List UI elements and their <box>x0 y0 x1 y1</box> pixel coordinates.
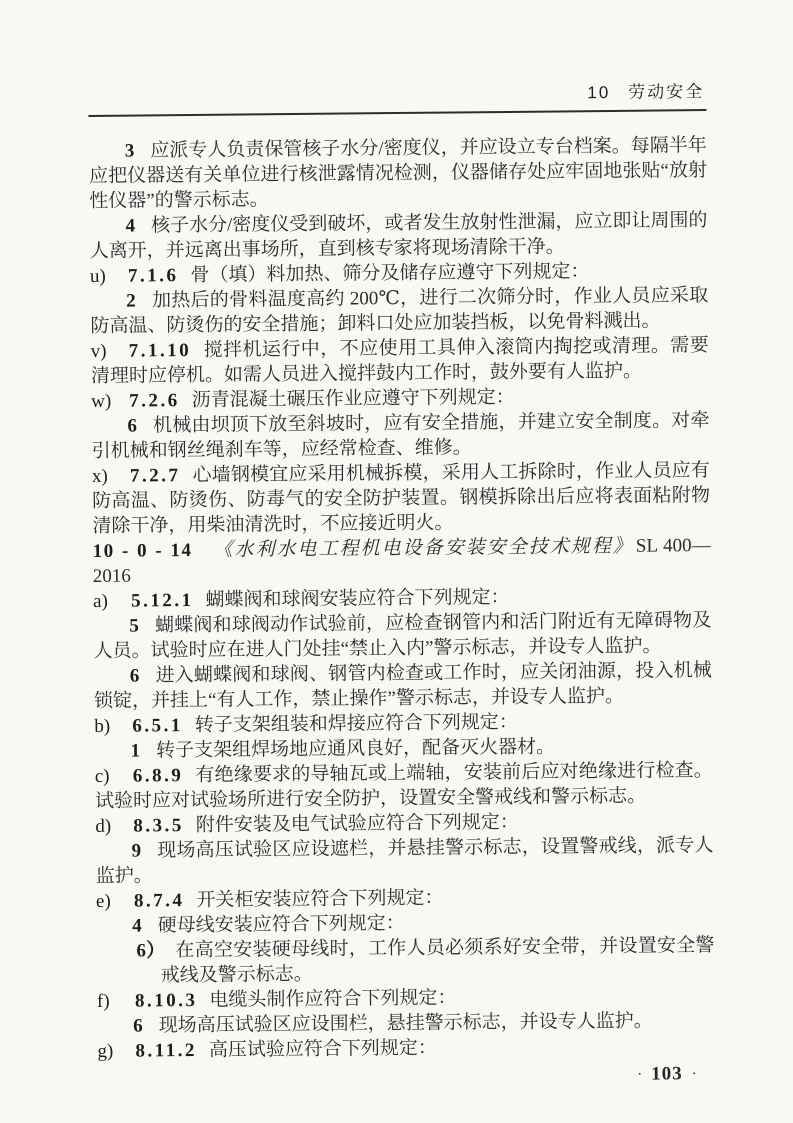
sub-item-number: 6） <box>136 940 165 961</box>
item-number: 6 <box>133 1016 143 1037</box>
page-footer: ·103· <box>98 1063 716 1091</box>
entry-heading: 10 - 0 - 14《水利水电工程机电设备安装安全技术规程》SL 400—20… <box>93 533 711 589</box>
sub-clause-item: 6）在高空安装硬母线时，工作人员必须系好安全带，并设置安全警戒线及警示标志。 <box>96 933 714 989</box>
item-number: 6 <box>130 666 140 687</box>
item-text: 转子支架组焊场地应通风良好，配备灭火器材。 <box>156 737 555 762</box>
item-text: 机械由坝顶下放至斜坡时，应有安全措施，并建立安全制度。对牵引机械和钢丝绳刹车等，… <box>92 410 710 462</box>
clause-letter: w) <box>91 389 129 414</box>
clause-text: 附件安装及电气试验应符合下列规定： <box>196 812 519 836</box>
item-text: 进入蝴蝶阀和球阀、钢管内检查或工作时，应关闭油源，投入机械锁锭，并挂上“有人工作… <box>94 660 712 712</box>
item-number: 4 <box>132 916 142 937</box>
clause-letter: f) <box>97 989 135 1014</box>
clause-letter: u) <box>90 264 128 289</box>
clause-letter: c) <box>95 764 133 789</box>
section-number: 6.5.1 <box>132 715 183 736</box>
numbered-item: 3应派专人负责保管核子水分/密度仪，并应设立专台档案。每隔半年应把仪器送有关单位… <box>89 133 708 214</box>
clause-text: 转子支架组装和焊接应符合下列规定： <box>195 712 518 736</box>
item-text: 现场高压试验区应设围栏，悬挂警示标志，并设专人监护。 <box>159 1011 653 1037</box>
chapter-title: 劳动安全 <box>628 77 704 103</box>
section-number: 7.1.6 <box>128 265 179 286</box>
page-content: 10 劳动安全 3应派专人负责保管核子水分/密度仪，并应设立专台档案。每隔半年应… <box>88 77 716 1091</box>
numbered-item: 9现场高压试验区应设遮栏，并悬挂警示标志，设置警戒线，派专人监护。 <box>95 833 713 889</box>
section-number: 7.2.6 <box>129 390 180 411</box>
item-text: 核子水分/密度仪受到破坏，或者发生放射性泄漏，应立即让周围的人离开，并远离出事场… <box>90 210 708 262</box>
clause-item: v)7.1.10搅拌机运行中，不应使用工具伸入滚筒内掏挖或清理。需要清理时应停机… <box>91 333 709 389</box>
clause-text: 有绝缘要求的导轴瓦或上端轴，安装前后应对绝缘进行检查。试验时应对试验场所进行安全… <box>95 760 713 812</box>
clause-text: 心墙钢模宜应采用机械拆模，采用人工拆除时，作业人员应有防高温、防烫伤、防毒气的安… <box>92 460 710 537</box>
page-number-left-dot: · <box>637 1067 642 1083</box>
item-number: 2 <box>126 291 136 312</box>
item-text: 现场高压试验区应设遮栏，并悬挂警示标志，设置警戒线，派专人监护。 <box>96 835 714 887</box>
clause-letter: b) <box>94 714 132 739</box>
clause-letter: v) <box>91 339 129 364</box>
clause-text: 骨（填）料加热、筛分及储存应遵守下列规定： <box>190 261 589 286</box>
clause-text: 蝴蝶阀和球阀安装应符合下列规定： <box>206 587 510 611</box>
section-number: 7.2.7 <box>130 465 181 486</box>
clause-text: 高压试验应符合下列规定： <box>209 1038 437 1061</box>
entry-id: 10 - 0 - 14 <box>93 540 193 562</box>
numbered-item: 2加热后的骨料温度高约 200℃，进行二次筛分时，作业人员应采取防高温、防烫伤的… <box>90 283 708 339</box>
clause-text: 电缆头制作应符合下列规定： <box>209 987 456 1010</box>
clause-letter: d) <box>95 814 133 839</box>
clause-letter: g) <box>97 1039 135 1064</box>
clause-letter: a) <box>93 589 131 614</box>
clause-item: x)7.2.7心墙钢模宜应采用机械拆模，采用人工拆除时，作业人员应有防高温、防烫… <box>92 458 711 539</box>
clause-text: 沥青混凝土碾压作业应遵守下列规定： <box>192 387 515 411</box>
section-number: 8.10.3 <box>135 990 198 1012</box>
numbered-item: 5蝴蝶阀和球阀动作试验前，应检查钢管内和活门附近有无障碍物及人员。试验时应在进人… <box>93 608 711 664</box>
item-text: 加热后的骨料温度高约 200℃，进行二次筛分时，作业人员应采取防高温、防烫伤的安… <box>90 285 708 337</box>
standard-title: 《水利水电工程机电设备安装安全技术规程》 <box>212 536 634 561</box>
clause-text: 开关柜安装应符合下列规定： <box>196 888 443 911</box>
clause-item: g)8.11.2高压试验应符合下列规定： <box>97 1033 715 1064</box>
item-text: 蝴蝶阀和球阀动作试验前，应检查钢管内和活门附近有无障碍物及人员。试验时应在进人门… <box>94 610 712 662</box>
numbered-item: 6进入蝴蝶阀和球阀、钢管内检查或工作时，应关闭油源，投入机械锁锭，并挂上“有人工… <box>94 658 712 714</box>
section-number: 8.3.5 <box>133 815 184 836</box>
section-number: 5.12.1 <box>131 590 194 612</box>
item-number: 9 <box>131 841 141 862</box>
clause-item: c)6.8.9有绝缘要求的导轴瓦或上端轴，安装前后应对绝缘进行检查。试验时应对试… <box>95 758 713 814</box>
numbered-item: 6机械由坝顶下放至斜坡时，应有安全措施，并建立安全制度。对牵引机械和钢丝绳刹车等… <box>91 408 709 464</box>
item-text: 应派专人负责保管核子水分/密度仪，并应设立专台档案。每隔半年应把仪器送有关单位进… <box>89 135 707 212</box>
clause-letter: x) <box>92 464 130 489</box>
numbered-item: 4核子水分/密度仪受到破坏，或者发生放射性泄漏，应立即让周围的人离开，并远离出事… <box>89 208 707 264</box>
page-number: 103 <box>651 1063 683 1084</box>
section-number: 6.8.9 <box>133 765 184 786</box>
document-body: 3应派专人负责保管核子水分/密度仪，并应设立专台档案。每隔半年应把仪器送有关单位… <box>89 133 716 1064</box>
item-text: 硬母线安装应符合下列规定： <box>158 913 405 936</box>
section-number: 8.11.2 <box>135 1040 197 1062</box>
item-number: 4 <box>125 216 135 237</box>
chapter-number: 10 <box>587 83 610 103</box>
section-number: 8.7.4 <box>134 890 185 911</box>
document-page: 10 劳动安全 3应派专人负责保管核子水分/密度仪，并应设立专台档案。每隔半年应… <box>0 0 793 1123</box>
page-number-right-dot: · <box>692 1066 697 1082</box>
clause-letter: e) <box>96 889 134 914</box>
item-number: 6 <box>127 416 137 437</box>
item-number: 1 <box>130 741 140 762</box>
item-number: 3 <box>125 141 135 162</box>
item-number: 5 <box>129 616 139 637</box>
section-number: 7.1.10 <box>129 340 192 362</box>
sub-item-text: 在高空安装硬母线时，工作人员必须系好安全带，并设置安全警戒线及警示标志。 <box>161 935 715 986</box>
